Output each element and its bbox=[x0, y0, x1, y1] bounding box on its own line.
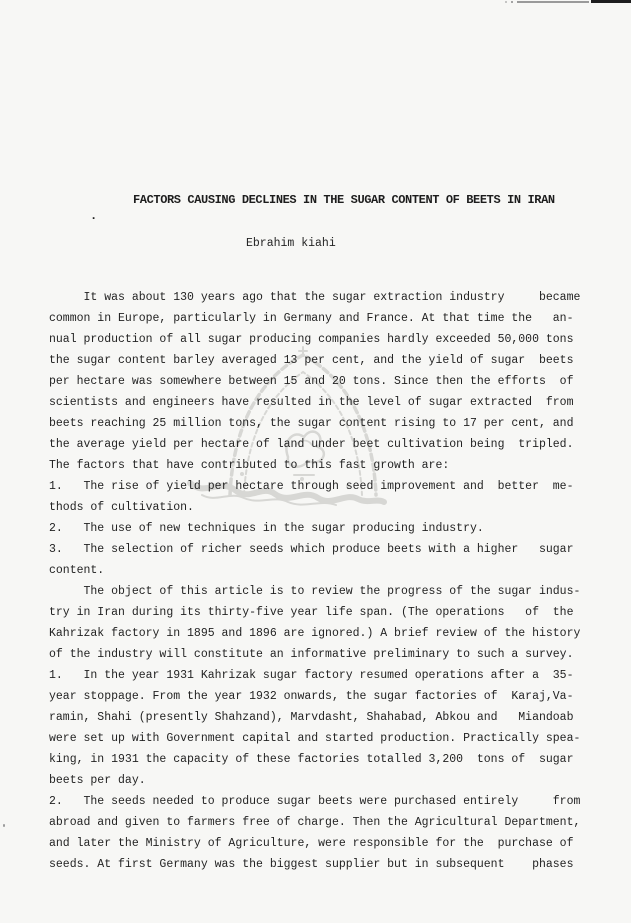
body-line: nual production of all sugar producing c… bbox=[49, 329, 580, 350]
body-line: thods of cultivation. bbox=[49, 497, 580, 518]
body-line: content. bbox=[49, 560, 580, 581]
page-title: FACTORS CAUSING DECLINES IN THE SUGAR CO… bbox=[133, 193, 555, 207]
body-line: It was about 130 years ago that the suga… bbox=[49, 287, 580, 308]
body-line: beets reaching 25 million tons, the suga… bbox=[49, 413, 580, 434]
body-line: common in Europe, particularly in German… bbox=[49, 308, 580, 329]
body-line: the sugar content barley averaged 13 per… bbox=[49, 350, 580, 371]
body-line: try in Iran during its thirty-five year … bbox=[49, 602, 580, 623]
body-line: year stoppage. From the year 1932 onward… bbox=[49, 686, 580, 707]
body-line: were set up with Government capital and … bbox=[49, 728, 580, 749]
scan-artifact-line-black bbox=[591, 0, 631, 3]
body-line: the average yield per hectare of land un… bbox=[49, 434, 580, 455]
author-name: Ebrahim kiahi bbox=[246, 237, 336, 250]
body-line: The factors that have contributed to thi… bbox=[49, 455, 580, 476]
body-line: 2. The seeds needed to produce sugar bee… bbox=[49, 791, 580, 812]
body-line: ramin, Shahi (presently Shahzand), Marvd… bbox=[49, 707, 580, 728]
body-line: 1. The rise of yield per hectare through… bbox=[49, 476, 580, 497]
body-line: The object of this article is to review … bbox=[49, 581, 580, 602]
body-line: per hectare was somewhere between 15 and… bbox=[49, 371, 580, 392]
scan-speck bbox=[3, 824, 5, 827]
body-line: scientists and engineers have resulted i… bbox=[49, 392, 580, 413]
body-line: 3. The selection of richer seeds which p… bbox=[49, 539, 580, 560]
body-line: 2. The use of new techniques in the suga… bbox=[49, 518, 580, 539]
scan-artifact-line-gray bbox=[517, 1, 589, 3]
body-line: 1. In the year 1931 Kahrizak sugar facto… bbox=[49, 665, 580, 686]
body-line: king, in 1931 the capacity of these fact… bbox=[49, 749, 580, 770]
scan-artifact-dot bbox=[505, 1, 507, 3]
body-text: It was about 130 years ago that the suga… bbox=[49, 287, 580, 875]
body-line: seeds. At first Germany was the biggest … bbox=[49, 854, 580, 875]
scanned-document-page: . FACTORS CAUSING DECLINES IN THE SUGAR … bbox=[0, 0, 631, 923]
scan-artifact-dot bbox=[511, 1, 513, 3]
body-line: beets per day. bbox=[49, 770, 580, 791]
body-line: Kahrizak factory in 1895 and 1896 are ig… bbox=[49, 623, 580, 644]
body-line: and later the Ministry of Agriculture, w… bbox=[49, 833, 580, 854]
stray-period-mark: . bbox=[90, 209, 97, 223]
body-line: of the industry will constitute an infor… bbox=[49, 644, 580, 665]
body-line: abroad and given to farmers free of char… bbox=[49, 812, 580, 833]
